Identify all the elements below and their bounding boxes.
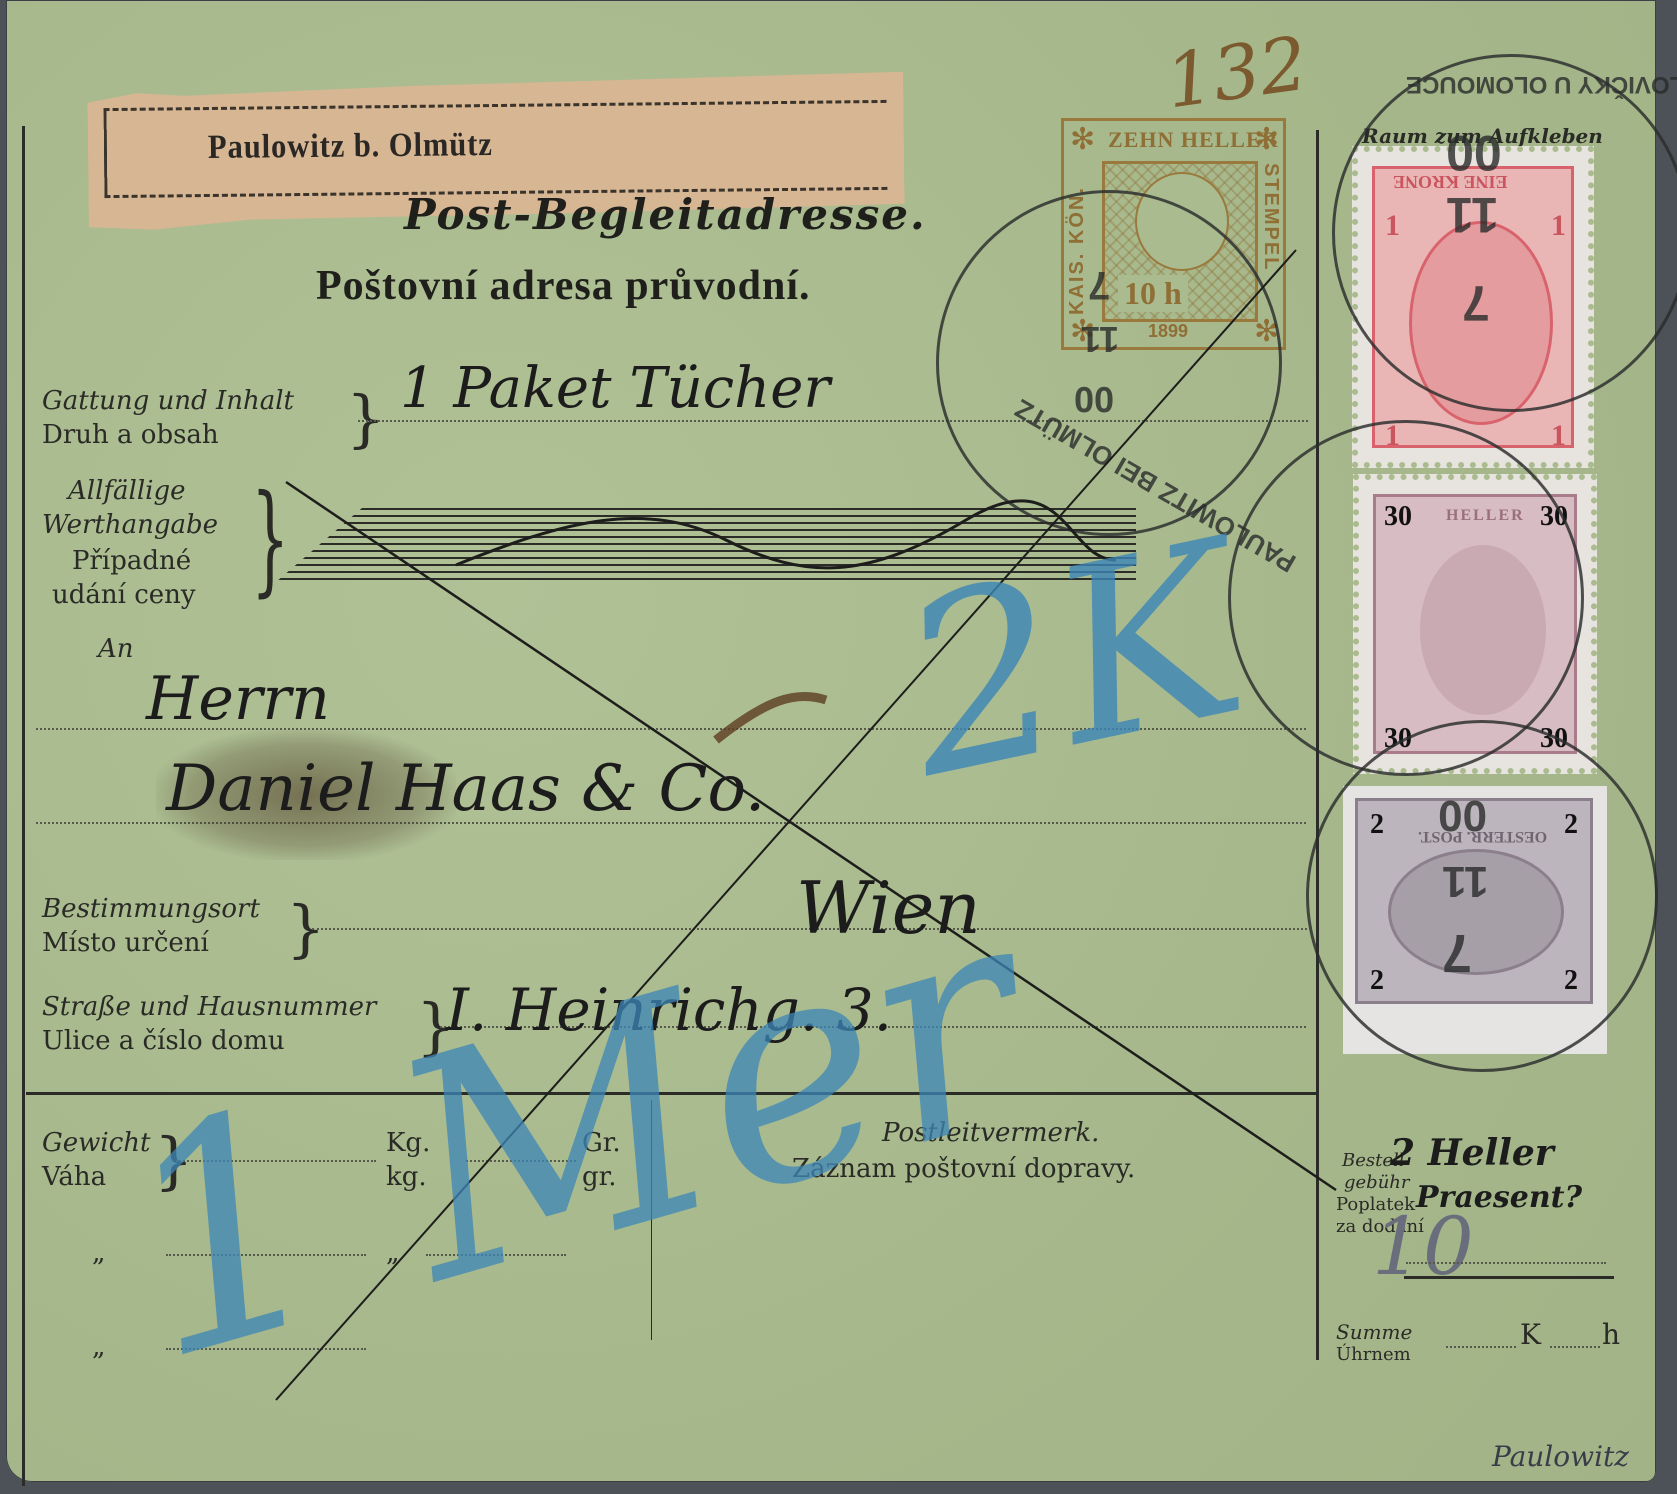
parcel-card: Paulowitz b. Olmütz Post-Begleitadresse.… xyxy=(6,0,1656,1482)
signature: Paulowitz xyxy=(1492,1440,1629,1473)
